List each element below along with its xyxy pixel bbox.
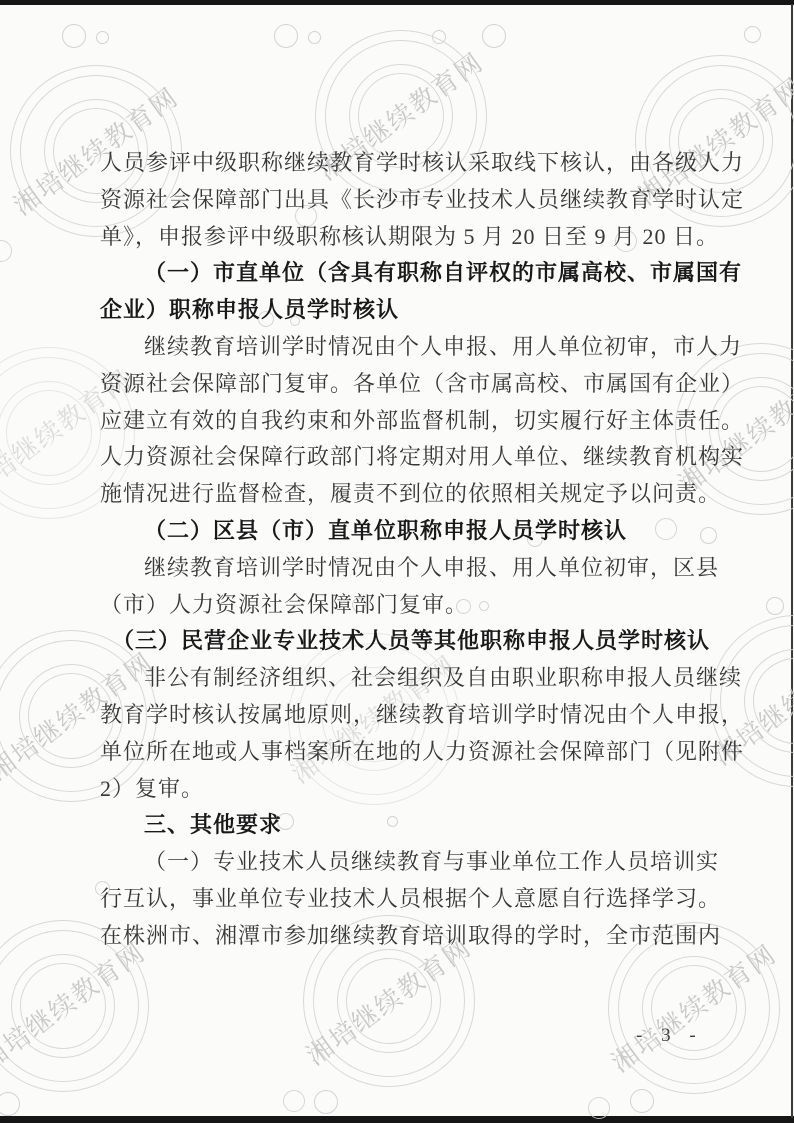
circle-icon [0,1092,20,1116]
section-heading-line: 三、其他要求 [100,807,716,844]
scan-edge-bottom [0,1116,794,1123]
circle-icon [766,597,784,615]
document-line: 在株洲市、湘潭市参加继续教育培训取得的学时，全市范围内 [100,918,716,955]
document-line: 继续教育培训学时情况由个人申报、用人单位初审，区县 [100,550,716,587]
circle-icon [274,24,298,48]
circle-icon [0,240,12,262]
section-heading-line: （一）市直单位（含具有职称自评权的市属高校、市属国有 [100,255,716,292]
circle-icon [283,1090,305,1112]
document-line: 单》，申报参评中级职称核认期限为 5 月 20 日至 9 月 20 日。 [100,219,716,256]
document-line: 2）复审。 [100,771,716,808]
section-heading-line: 企业）职称申报人员学时核认 [100,292,716,329]
document-line: （市）人力资源社会保障部门复审。 [100,587,716,624]
circle-icon [308,31,321,44]
document-line: 应建立有效的自我约束和外部监督机制，切实履行好主体责任。 [100,403,716,440]
section-heading-line: （二）区县（市）直单位职称申报人员学时核认 [100,513,716,550]
circle-icon [96,31,109,44]
watermark-text: 湘培继续教育网 [603,934,783,1079]
scan-edge-top [0,0,794,5]
page-number: - 3 - [636,1025,726,1047]
document-line: 人力资源社会保障行政部门将定期对用人单位、继续教育机构实 [100,439,716,476]
circle-icon [744,26,761,43]
circle-icon [62,24,86,48]
document-line: 行互认，事业单位专业技术人员根据个人意愿自行选择学习。 [100,881,716,918]
circle-icon [482,24,506,48]
document-line: 施情况进行监督检查，履责不到位的依照相关规定予以问责。 [100,476,716,513]
document-line: 教育学时核认按属地原则，继续教育培训学时情况由个人申报， [100,697,716,734]
circle-icon [432,30,446,44]
scanned-document-page: 湘培继续教育网 湘培继续教育网 湘培继续教育网 湘培继续教育网 湘培继续教育网 … [0,0,794,1123]
circle-icon [630,1089,654,1113]
document-line: 继续教育培训学时情况由个人申报、用人单位初审，市人力 [100,329,716,366]
document-line: 资源社会保障部门复审。各单位（含市属高校、市属国有企业） [100,366,716,403]
document-line: 非公有制经济组织、社会组织及自由职业职称申报人员继续 [100,660,716,697]
document-body: 人员参评中级职称继续教育学时核认采取线下核认，由各级人力 资源社会保障部门出具《… [100,145,716,955]
document-line: （一）专业技术人员继续教育与事业单位工作人员培训实 [100,844,716,881]
scan-edge-right [791,4,793,1118]
section-heading-line: （三）民营企业专业技术人员等其他职称申报人员学时核认 [100,623,716,660]
document-line: 资源社会保障部门出具《长沙市专业技术人员继续教育学时认定 [100,182,716,219]
circle-icon [314,1090,338,1114]
document-line: 单位所在地或人事档案所在地的人力资源社会保障部门（见附件 [100,734,716,771]
document-line: 人员参评中级职称继续教育学时核认采取线下核认，由各级人力 [100,145,716,182]
